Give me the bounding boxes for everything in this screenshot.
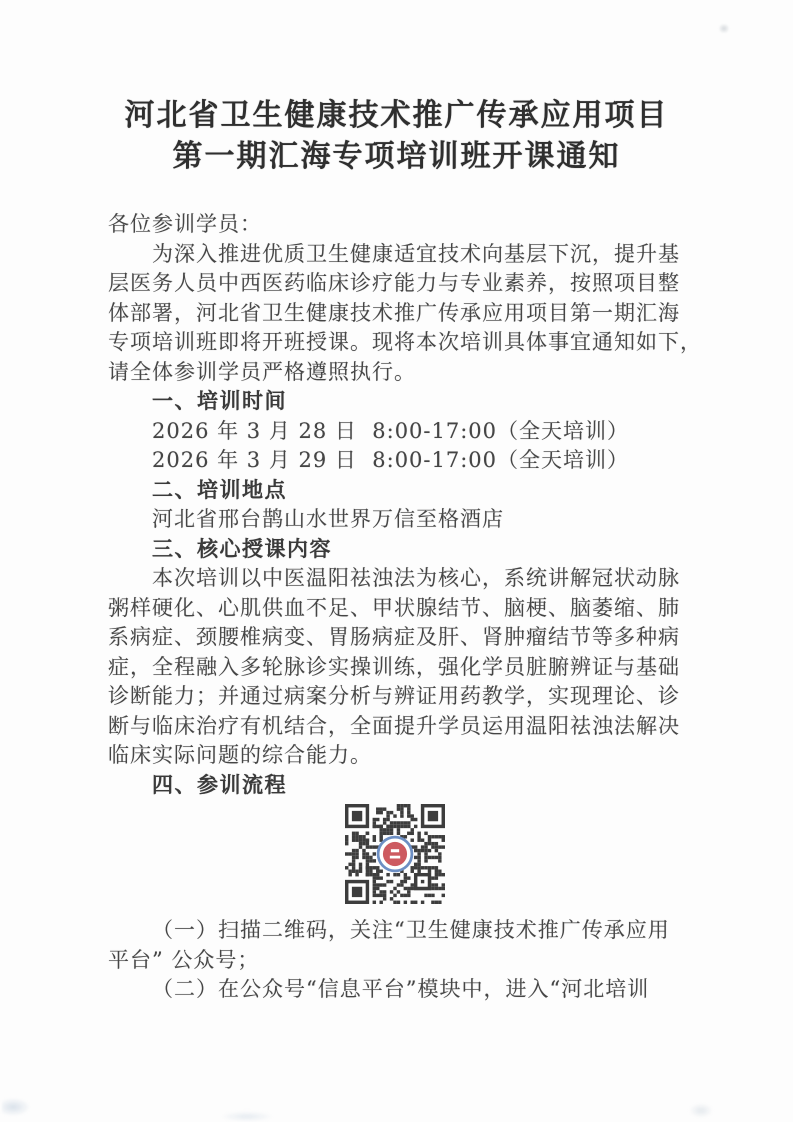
text-line: 层医务人员中西医药临床诊疗能力与专业素养，按照项目整 xyxy=(108,269,694,299)
text-line: 河北省邢台鹊山水世界万信至格酒店 xyxy=(108,505,694,535)
section-heading: 三、核心授课内容 xyxy=(108,535,694,565)
text-line: 诊断能力；并通过病案分析与辨证用药教学，实现理论、诊 xyxy=(108,682,694,712)
document-page: 河北省卫生健康技术推广传承应用项目 第一期汇海专项培训班开课通知 各位参训学员：… xyxy=(0,0,793,1122)
document-title: 河北省卫生健康技术推广传承应用项目 第一期汇海专项培训班开课通知 xyxy=(0,95,793,177)
text-line: 症，全程融入多轮脉诊实操训练，强化学员脏腑辨证与基础 xyxy=(108,653,694,683)
section-heading: 四、参训流程 xyxy=(108,771,694,801)
text-line: （二）在公众号“信息平台”模块中，进入“河北培训 xyxy=(108,975,694,1005)
doc-body: 各位参训学员：为深入推进优质卫生健康适宜技术向基层下沉，提升基层医务人员中西医药… xyxy=(108,210,694,1005)
text-line: 体部署，河北省卫生健康技术推广传承应用项目第一期汇海 xyxy=(108,299,694,329)
text-line: 请全体参训学员严格遵照执行。 xyxy=(108,358,694,388)
text-line: 平台” 公众号； xyxy=(108,946,694,976)
text-line: 各位参训学员： xyxy=(108,210,694,240)
scan-artifact xyxy=(222,1112,272,1121)
text-line: 2026 年 3 月 28 日 8:00-17:00（全天培训） xyxy=(108,417,694,447)
qr-code xyxy=(345,804,445,904)
section-heading: 一、培训时间 xyxy=(108,387,694,417)
scan-artifact xyxy=(2,1098,30,1116)
title-line-1: 河北省卫生健康技术推广传承应用项目 xyxy=(0,95,793,136)
text-line: 系病症、颈腰椎病变、胃肠病症及肝、肾肿瘤结节等多种病 xyxy=(108,623,694,653)
section-heading: 二、培训地点 xyxy=(108,476,694,506)
text-line: 为深入推进优质卫生健康适宜技术向基层下沉，提升基 xyxy=(108,240,694,270)
scan-artifact xyxy=(690,1104,712,1117)
text-line: 本次培训以中医温阳祛浊法为核心，系统讲解冠状动脉 xyxy=(108,564,694,594)
text-line: 断与临床治疗有机结合，全面提升学员运用温阳祛浊法解决 xyxy=(108,712,694,742)
title-line-2: 第一期汇海专项培训班开课通知 xyxy=(0,136,793,177)
text-line: 粥样硬化、心肌供血不足、甲状腺结节、脑梗、脑萎缩、肺 xyxy=(108,594,694,624)
qr-center-logo xyxy=(378,837,412,871)
text-line: 2026 年 3 月 29 日 8:00-17:00（全天培训） xyxy=(108,446,694,476)
scan-artifact xyxy=(719,24,729,33)
text-line: 临床实际问题的综合能力。 xyxy=(108,741,694,771)
text-line: 专项培训班即将开班授课。现将本次培训具体事宜通知如下， xyxy=(108,328,694,358)
text-line: （一）扫描二维码，关注“卫生健康技术推广传承应用 xyxy=(108,916,694,946)
